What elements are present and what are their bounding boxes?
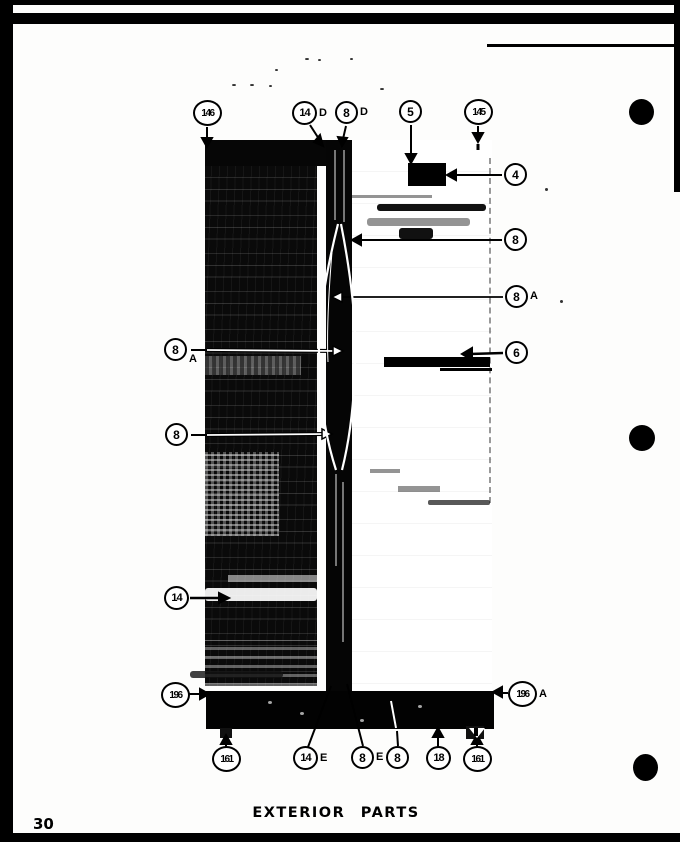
- callout-circle: 8: [386, 746, 409, 769]
- callout-suffix: A: [189, 354, 197, 365]
- scan-top-edge: [0, 0, 680, 5]
- callout-196A: 196 A: [508, 681, 547, 707]
- callout-circle: 196: [508, 681, 537, 707]
- callout-8-bottom: 8: [386, 746, 409, 769]
- callout-circle: 14: [292, 101, 317, 125]
- scan-left-border: [0, 0, 13, 842]
- callout-circle: 161: [463, 746, 492, 772]
- callout-circle: 8: [335, 101, 358, 124]
- callout-145: 145: [464, 99, 493, 125]
- callout-circle: 8: [504, 228, 527, 251]
- callout-circle: 145: [464, 99, 493, 125]
- scan-speck: [250, 84, 254, 86]
- panel-light-band: [205, 588, 317, 601]
- punch-hole-icon: [633, 754, 658, 781]
- callout-18: 18: [426, 746, 451, 770]
- scan-speck: [275, 69, 278, 71]
- callout-circle: 161: [212, 746, 241, 772]
- callout-8D: 8 D: [335, 101, 368, 124]
- panel-speckle-patch: [205, 452, 279, 536]
- scan-speck: [269, 85, 272, 87]
- figure-title: EXTERIOR PARTS: [0, 805, 672, 821]
- callout-circle: 146: [193, 100, 222, 126]
- print-smudge-row: [352, 195, 432, 198]
- callout-circle: 5: [399, 100, 422, 123]
- page-number: 30: [33, 815, 54, 833]
- print-smudge-row: [370, 469, 400, 473]
- scan-speck: [305, 58, 309, 60]
- scan-speck: [380, 88, 384, 90]
- scan-speck: [268, 701, 272, 704]
- callout-suffix: A: [539, 689, 547, 700]
- callout-146: 146: [193, 100, 222, 126]
- callout-circle: 6: [505, 341, 528, 364]
- scan-right-edge: [674, 0, 680, 192]
- punch-hole-icon: [629, 425, 655, 451]
- scan-speck: [418, 705, 422, 708]
- callout-161-right: 161: [463, 746, 492, 772]
- hinge-block-part4: [408, 163, 446, 186]
- callout-suffix: D: [319, 108, 327, 119]
- print-smudge-row: [398, 486, 440, 492]
- callout-8-right: 8: [504, 228, 527, 251]
- callout-4: 4: [504, 163, 527, 186]
- punch-hole-icon: [629, 99, 654, 125]
- scan-top-band: [0, 13, 680, 24]
- scan-speck: [560, 300, 563, 303]
- callout-circle: 8: [351, 746, 374, 769]
- print-smudge-blob: [399, 228, 433, 239]
- callout-161-left: 161: [212, 746, 241, 772]
- panel-scuff-patch: [205, 356, 301, 375]
- screw-mark-right: [466, 726, 484, 739]
- callout-circle: 8: [164, 338, 187, 361]
- grille-bar-part6: [384, 357, 490, 367]
- callout-196: 196: [161, 682, 190, 708]
- scan-speck: [232, 84, 236, 86]
- callout-circle: 196: [161, 682, 190, 708]
- callout-circle: 4: [504, 163, 527, 186]
- callout-circle: 8: [505, 285, 528, 308]
- screw-mark-left: [220, 728, 232, 738]
- grille-bar-tail: [440, 368, 492, 371]
- callout-circle: 14: [293, 746, 318, 770]
- callout-5: 5: [399, 100, 422, 123]
- callout-8A-left: 8 A: [164, 338, 197, 361]
- scan-speck: [545, 188, 548, 191]
- callout-suffix: D: [360, 107, 368, 118]
- print-smudge-row: [367, 218, 470, 226]
- top-right-rule: [487, 44, 674, 47]
- scan-bottom-border: [0, 833, 680, 842]
- callout-14E: 14 E: [293, 746, 327, 770]
- callout-8A-right: 8 A: [505, 285, 538, 308]
- scan-speck: [300, 712, 304, 715]
- callout-14D: 14 D: [292, 101, 327, 125]
- door-center-stile: [326, 140, 352, 692]
- scan-speck: [360, 719, 364, 722]
- callout-suffix: A: [530, 291, 538, 302]
- print-smudge-row: [428, 500, 490, 505]
- panel-light-band: [228, 575, 317, 582]
- scan-speck: [350, 58, 353, 60]
- callout-8E: 8 E: [351, 746, 383, 769]
- scanned-manual-page: 146 14 D 8 D 5 145 4 8 8 A 6 8 A 8 14 19…: [0, 0, 680, 842]
- scan-speck: [318, 59, 321, 61]
- print-smudge-row: [190, 671, 283, 678]
- kickplate-bar: [206, 691, 494, 729]
- callout-14: 14: [164, 586, 189, 610]
- door-panel-texture: [205, 140, 317, 686]
- callout-8-left: 8: [165, 423, 188, 446]
- door-face-dashed-edge: [489, 158, 491, 503]
- callout-suffix: E: [376, 752, 383, 763]
- panel-bottom-mottle: [205, 640, 317, 686]
- callout-circle: 8: [165, 423, 188, 446]
- callout-circle: 14: [164, 586, 189, 610]
- callout-circle: 18: [426, 746, 451, 770]
- print-smudge-row: [377, 204, 486, 211]
- callout-suffix: E: [320, 753, 327, 764]
- callout-6: 6: [505, 341, 528, 364]
